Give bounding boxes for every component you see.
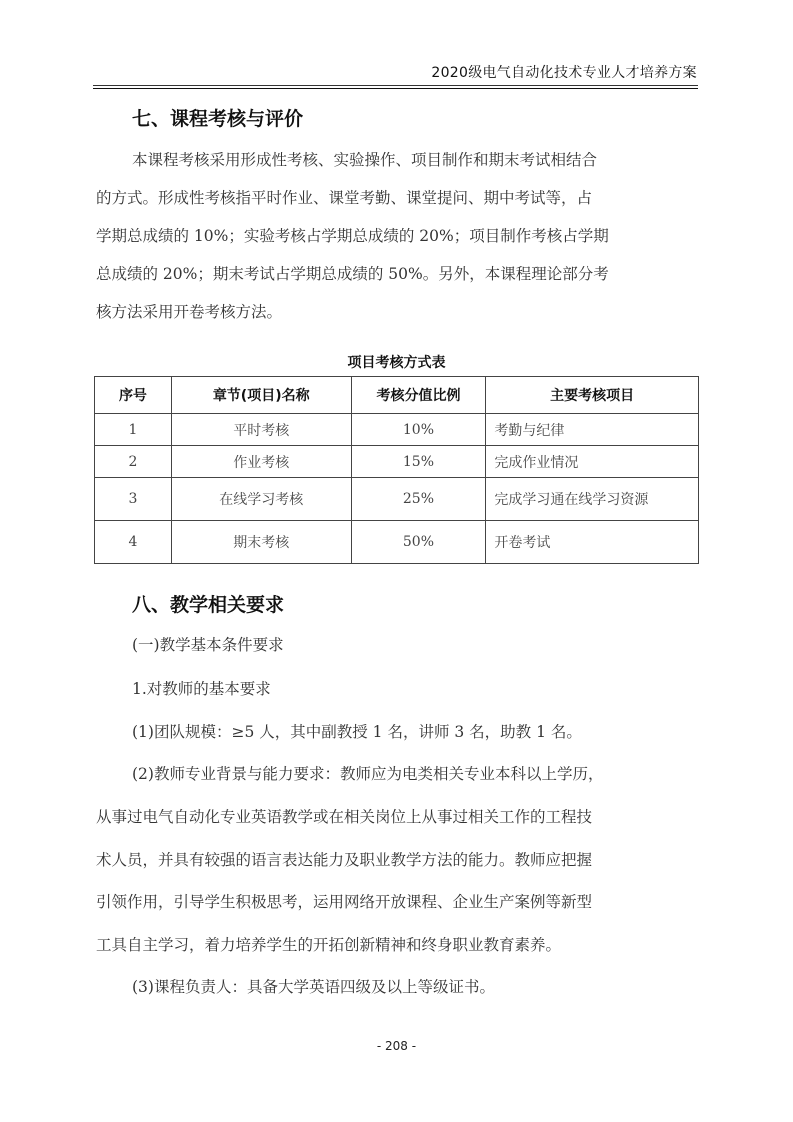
cell-ratio: 10% <box>351 414 486 446</box>
page-number: - 208 - <box>0 1039 793 1053</box>
cell-index: 2 <box>95 446 172 478</box>
paragraph-line: 术人员，并具有较强的语言表达能力及职业教学方法的能力。教师应把握 <box>96 848 592 870</box>
cell-name: 平时考核 <box>171 414 351 446</box>
table-row: 3 在线学习考核 25% 完成学习通在线学习资源 <box>95 478 699 521</box>
header-cell-ratio: 考核分值比例 <box>351 377 486 414</box>
subsection-heading: (一)教学基本条件要求 <box>132 633 284 655</box>
paragraph-line: 总成绩的 20%；期末考试占学期总成绩的 50%。另外，本课程理论部分考 <box>96 262 609 284</box>
sub-subsection-heading: 1.对教师的基本要求 <box>132 677 271 699</box>
paragraph-line: 从事过电气自动化专业英语教学或在相关岗位上从事过相关工作的工程技 <box>96 805 592 827</box>
cell-items: 完成学习通在线学习资源 <box>486 478 699 521</box>
cell-ratio: 50% <box>351 521 486 564</box>
cell-name: 期末考核 <box>171 521 351 564</box>
cell-ratio: 15% <box>351 446 486 478</box>
table-row: 4 期末考核 50% 开卷考试 <box>95 521 699 564</box>
table-row: 1 平时考核 10% 考勤与纪律 <box>95 414 699 446</box>
cell-index: 3 <box>95 478 172 521</box>
paragraph-line: 引领作用，引导学生积极思考，运用网络开放课程、企业生产案例等新型 <box>96 890 592 912</box>
cell-name: 在线学习考核 <box>171 478 351 521</box>
paragraph-line: 学期总成绩的 10%；实验考核占学期总成绩的 20%；项目制作考核占学期 <box>96 224 609 246</box>
paragraph-line: 工具自主学习，着力培养学生的开拓创新精神和终身职业教育素养。 <box>96 933 561 955</box>
section-8-heading: 八、教学相关要求 <box>132 590 284 617</box>
header-double-rule <box>93 85 698 89</box>
cell-ratio: 25% <box>351 478 486 521</box>
paragraph-line: (2)教师专业背景与能力要求：教师应为电类相关专业本科以上学历， <box>132 762 603 784</box>
cell-items: 完成作业情况 <box>486 446 699 478</box>
paragraph-line: 的方式。形成性考核指平时作业、课堂考勤、课堂提问、期中考试等，占 <box>96 186 592 208</box>
paragraph-line: 核方法采用开卷考核方法。 <box>96 300 282 322</box>
cell-name: 作业考核 <box>171 446 351 478</box>
section-7-heading: 七、课程考核与评价 <box>132 104 303 131</box>
cell-items: 考勤与纪律 <box>486 414 699 446</box>
cell-index: 1 <box>95 414 172 446</box>
cell-items: 开卷考试 <box>486 521 699 564</box>
table-caption: 项目考核方式表 <box>0 352 793 372</box>
header-cell-name: 章节(项目)名称 <box>171 377 351 414</box>
table-header-row: 序号 章节(项目)名称 考核分值比例 主要考核项目 <box>95 377 699 414</box>
paragraph-line: 本课程考核采用形成性考核、实验操作、项目制作和期末考试相结合 <box>132 148 597 170</box>
assessment-table: 序号 章节(项目)名称 考核分值比例 主要考核项目 1 平时考核 10% 考勤与… <box>94 376 699 564</box>
requirement-item-1: (1)团队规模：≥5 人，其中副教授 1 名，讲师 3 名，助教 1 名。 <box>132 720 582 742</box>
table-row: 2 作业考核 15% 完成作业情况 <box>95 446 699 478</box>
header-cell-items: 主要考核项目 <box>486 377 699 414</box>
cell-index: 4 <box>95 521 172 564</box>
requirement-item-3: (3)课程负责人：具备大学英语四级及以上等级证书。 <box>132 975 495 997</box>
header-cell-index: 序号 <box>95 377 172 414</box>
page-header-title: 2020级电气自动化技术专业人才培养方案 <box>431 62 697 82</box>
